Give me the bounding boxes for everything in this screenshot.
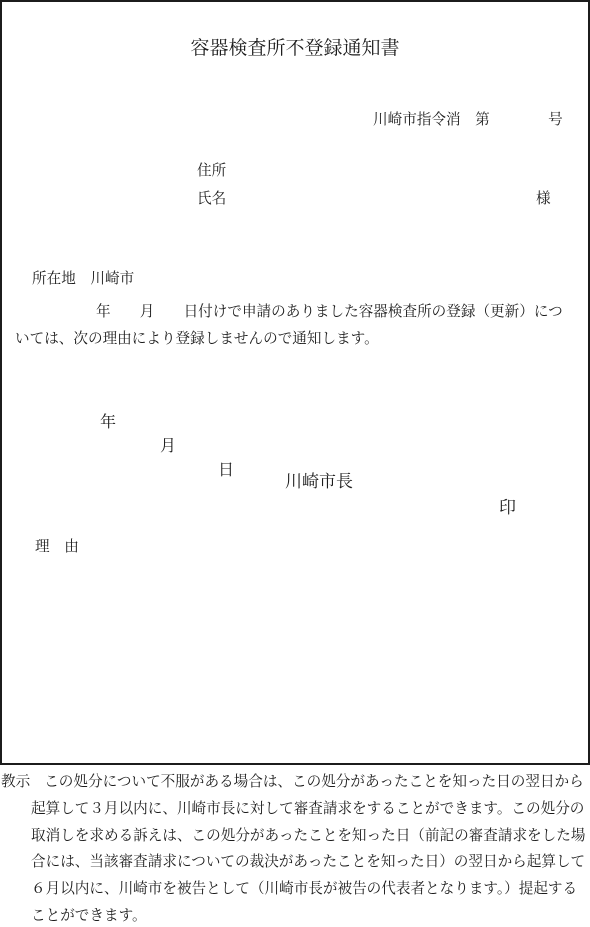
reason-section-label: 理 由 [35,536,79,558]
document-border-box: 容器検査所不登録通知書 川崎市指令消 第 号 住所 氏名 様 所在地 川崎市 年… [0,0,590,765]
recipient-name-label: 氏名 [197,188,226,210]
notice-document-page: 容器検査所不登録通知書 川崎市指令消 第 号 住所 氏名 様 所在地 川崎市 年… [0,0,590,927]
reference-number-line: 川崎市指令消 第 号 [373,109,563,131]
appeal-instruction-block: 教示 この処分について不服がある場合は、この処分があったことを知った日の翌日から… [0,769,590,927]
appeal-instruction-label: 教示 [0,769,30,796]
appeal-instruction-text: この処分について不服がある場合は、この処分があったことを知った日の翌日から [30,769,584,796]
appeal-instruction-line: 取消しを求める訴えは、この処分があったことを知った日（前記の審査請求をした場 [0,823,590,850]
issue-date-line: 年 月 日 [2,387,588,411]
signer-title: 川崎市長 [285,469,353,495]
appeal-instruction-line: ことができます。 [0,903,590,927]
appeal-instruction-line: 起算して３月以内に、川崎市長に対して審査請求をすることができます。この処分の [0,796,590,823]
seal-placeholder: 印 [499,495,516,521]
facility-location-line: 所在地 川崎市 [32,268,134,290]
document-title: 容器検査所不登録通知書 [2,36,588,62]
appeal-instruction-line: 教示 この処分について不服がある場合は、この処分があったことを知った日の翌日から [0,769,590,796]
appeal-instruction-line: ６月以内に、川崎市を被告として（川崎市長が被告の代表者となります。）提起する [0,876,590,903]
body-text-line-2: いては、次の理由により登録しませんので通知します。 [15,328,379,351]
signature-line: 川崎市長 印 [2,443,588,469]
recipient-honorific: 様 [536,188,551,210]
issue-date-year-label: 年 [100,411,116,435]
recipient-address-label: 住所 [197,160,226,182]
appeal-instruction-line: 合には、当該審査請求についての裁決があったことを知った日）の翌日から起算して [0,849,590,876]
body-text-line-1: 年 月 日付けで申請のありました容器検査所の登録（更新）につ [96,301,563,324]
